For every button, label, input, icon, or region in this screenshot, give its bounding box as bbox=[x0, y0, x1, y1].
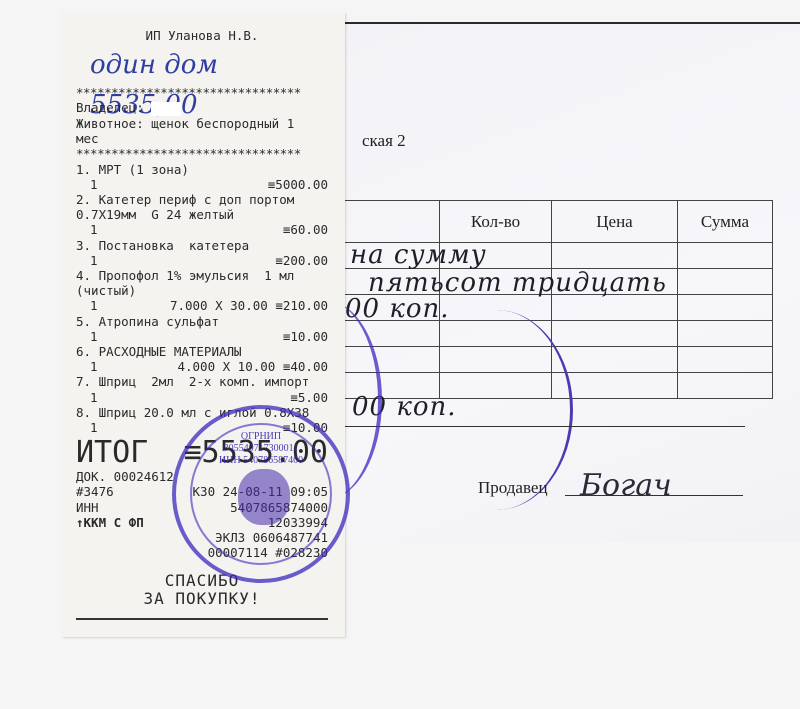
item-amount-row: 1≡10.00 bbox=[76, 329, 328, 344]
item-amount: ≡5.00 bbox=[290, 390, 328, 405]
table-cell bbox=[552, 321, 678, 347]
slip-header-sum: Сумма bbox=[678, 201, 773, 243]
item-amount-row: 1≡5.00 bbox=[76, 390, 328, 405]
item-amount-row: 14.000 X 10.00 ≡40.00 bbox=[76, 359, 328, 374]
inn-label: ИНН bbox=[76, 500, 99, 515]
item-name: 2. Катетер периф с доп портом bbox=[76, 192, 328, 207]
total-label: ИТОГ bbox=[76, 437, 148, 469]
receipt-item: 6. РАСХОДНЫЕ МАТЕРИАЛЫ 14.000 X 10.00 ≡4… bbox=[76, 344, 328, 374]
item-amount: ≡200.00 bbox=[275, 253, 328, 268]
receipt-item: 1. МРТ (1 зона) 1≡5000.00 bbox=[76, 162, 328, 192]
item-calc: 7.000 X 30.00 bbox=[170, 298, 268, 313]
table-cell bbox=[552, 243, 678, 269]
check-number: #3476 bbox=[76, 484, 114, 499]
receipt-animal-line2: мес bbox=[76, 131, 328, 146]
receipt-item: 5. Атропина сульфат 1≡10.00 bbox=[76, 314, 328, 344]
receipt-bottom-rule bbox=[76, 618, 328, 620]
item-name: 1. МРТ (1 зона) bbox=[76, 162, 328, 177]
seller-label: Продавец bbox=[478, 478, 548, 498]
table-cell bbox=[552, 347, 678, 373]
item-calc: 4.000 X 10.00 bbox=[177, 359, 275, 374]
table-cell bbox=[678, 347, 773, 373]
item-name: 6. РАСХОДНЫЕ МАТЕРИАЛЫ bbox=[76, 344, 328, 359]
table-cell bbox=[552, 295, 678, 321]
handwritten-amount-line1: на сумму bbox=[350, 240, 487, 270]
item-amount: ≡10.00 bbox=[283, 329, 328, 344]
receipt-animal-line1: Животное: щенок беспородный 1 bbox=[76, 116, 328, 131]
item-qty: 1 bbox=[76, 329, 98, 344]
dog-emblem-icon bbox=[238, 469, 290, 525]
table-cell bbox=[678, 321, 773, 347]
slip-address: ская 2 bbox=[362, 131, 406, 151]
item-amount-row: 1≡200.00 bbox=[76, 253, 328, 268]
receipt-item: 3. Постановка катетера 1≡200.00 bbox=[76, 238, 328, 268]
item-qty: 1 bbox=[76, 390, 98, 405]
item-name-cont: (чистый) bbox=[76, 283, 328, 298]
stamp-inn: ИНН 540786587400 bbox=[176, 455, 346, 466]
item-name: 7. Шприц 2мл 2-х комп. импорт bbox=[76, 374, 328, 389]
receipt-handwritten-note: один дом 5535,00 bbox=[76, 45, 328, 85]
handwritten-amount-line3: 00 коп. bbox=[345, 294, 450, 324]
item-qty: 1 bbox=[76, 298, 98, 313]
receipt-item: 7. Шприц 2мл 2-х комп. импорт 1≡5.00 bbox=[76, 374, 328, 404]
item-name: 5. Атропина сульфат bbox=[76, 314, 328, 329]
receipt-owner: Владелец: bbox=[76, 100, 328, 116]
owner-redacted bbox=[151, 102, 181, 116]
round-seal-stamp: ОГРНИП 305540717300011 ИНН 540786587400 bbox=[172, 405, 350, 583]
item-qty: 1 bbox=[76, 177, 98, 192]
receipt-title: ИП Уланова Н.В. bbox=[76, 28, 328, 43]
item-amount: ≡5000.00 bbox=[268, 177, 328, 192]
thanks-line2: ЗА ПОКУПКУ! bbox=[76, 590, 328, 608]
seller-signature: Богач bbox=[580, 468, 672, 503]
item-name-cont: 0.7Х19мм G 24 желтый bbox=[76, 207, 328, 222]
table-cell bbox=[678, 243, 773, 269]
item-amount: ≡210.00 bbox=[275, 298, 328, 313]
item-amount: ≡60.00 bbox=[283, 222, 328, 237]
table-cell bbox=[678, 373, 773, 399]
item-amount: ≡40.00 bbox=[283, 359, 328, 374]
item-amount-row: 1≡60.00 bbox=[76, 222, 328, 237]
receipt-item: 4. Пропофол 1% эмульсия 1 мл (чистый) 17… bbox=[76, 268, 328, 314]
receipt-divider: ******************************** bbox=[76, 85, 328, 100]
item-name: 4. Пропофол 1% эмульсия 1 мл bbox=[76, 268, 328, 283]
item-amount-row: 1≡5000.00 bbox=[76, 177, 328, 192]
item-qty: 1 bbox=[76, 420, 98, 435]
item-name: 3. Постановка катетера bbox=[76, 238, 328, 253]
item-qty: 1 bbox=[76, 359, 98, 374]
table-cell bbox=[678, 295, 773, 321]
table-cell bbox=[678, 269, 773, 295]
slip-header-price: Цена bbox=[552, 201, 678, 243]
item-qty: 1 bbox=[76, 222, 98, 237]
item-amount-row: 17.000 X 30.00 ≡210.00 bbox=[76, 298, 328, 313]
stamp-ogrnip: ОГРНИП bbox=[176, 431, 346, 442]
owner-label: Владелец: bbox=[76, 100, 144, 115]
stamp-ogrnip-value: 305540717300011 bbox=[176, 443, 346, 454]
slip-table-header: Кол-во Цена Сумма bbox=[321, 201, 773, 243]
amount-underline bbox=[345, 426, 745, 427]
slip-header-qty: Кол-во bbox=[440, 201, 552, 243]
item-qty: 1 bbox=[76, 253, 98, 268]
receipt-divider: ******************************** bbox=[76, 146, 328, 161]
receipt-item: 2. Катетер периф с доп портом 0.7Х19мм G… bbox=[76, 192, 328, 238]
kkm-label: ↑ККМ С ФП bbox=[76, 515, 144, 530]
